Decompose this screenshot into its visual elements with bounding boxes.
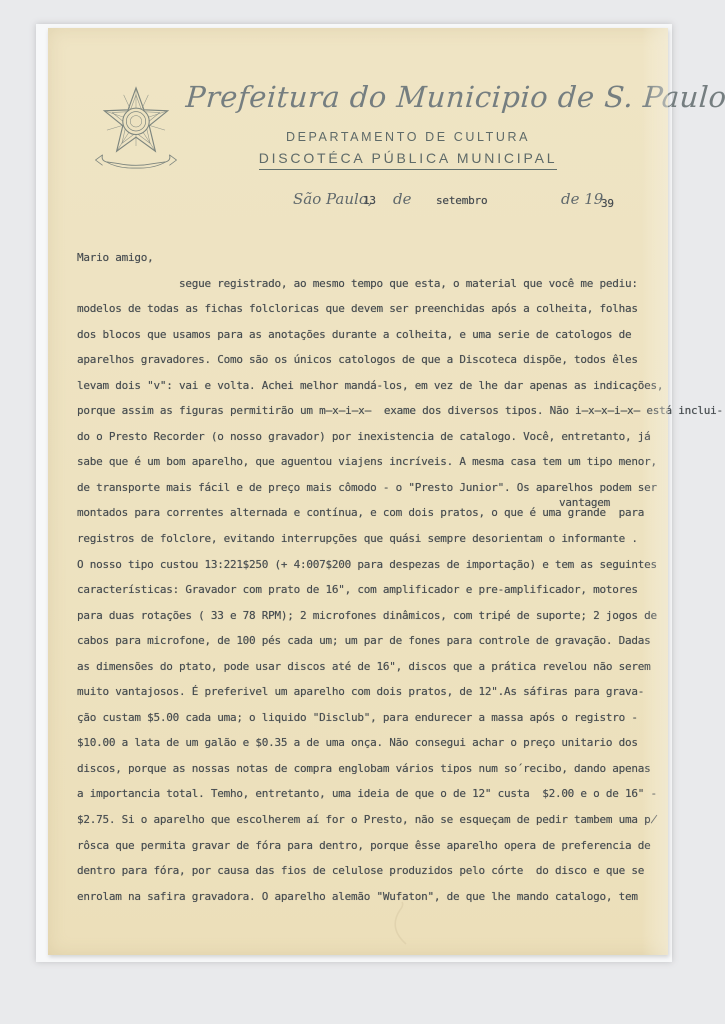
typed-line: segue registrado, ao mesmo tempo que est… bbox=[77, 271, 662, 297]
dateline: São Paulo, 13 de setembro de 19 39 bbox=[48, 188, 668, 218]
typed-line: a importancia total. Temho, entretanto, … bbox=[77, 781, 662, 807]
typed-line: discos, porque as nossas notas de compra… bbox=[77, 756, 662, 782]
typed-line: enrolam na safira gravadora. O aparelho … bbox=[77, 884, 662, 910]
dateline-month: setembro bbox=[436, 194, 487, 207]
typed-line: $10.00 a lata de um galão e $0.35 a de u… bbox=[77, 730, 662, 756]
typed-line: aparelhos gravadores. Como são os únicos… bbox=[77, 347, 662, 373]
typed-line: dentro para fóra, por causa das fios de … bbox=[77, 858, 662, 884]
typed-line: registros de folclore, evitando interrup… bbox=[77, 526, 662, 552]
letter-page: Prefeitura do Municipio de S. Paulo DEPA… bbox=[48, 28, 668, 955]
typed-line: características: Gravador com prato de 1… bbox=[77, 577, 662, 603]
coat-of-arms-emblem bbox=[92, 84, 180, 178]
typed-line: as dimensões do ptato, pode usar discos … bbox=[77, 654, 662, 680]
dateline-day: 13 bbox=[363, 194, 376, 207]
letterhead-organization-wrap: DISCOTÉCA PÚBLICA MUNICIPAL bbox=[188, 148, 628, 170]
typed-line: do o Presto Recorder (o nosso gravador) … bbox=[77, 424, 662, 450]
letterhead-organization: DISCOTÉCA PÚBLICA MUNICIPAL bbox=[259, 150, 558, 170]
dateline-de: de bbox=[393, 190, 411, 208]
typed-line: modelos de todas as fichas folcloricas q… bbox=[77, 296, 662, 322]
letterhead-department: DEPARTAMENTO DE CULTURA bbox=[188, 130, 628, 144]
dateline-de-year: de 19 bbox=[561, 190, 603, 208]
scan-background: Prefeitura do Municipio de S. Paulo DEPA… bbox=[0, 0, 725, 1024]
pencil-mark bbox=[378, 900, 418, 946]
interline-insertion: vantagem bbox=[559, 496, 610, 509]
dateline-place: São Paulo, bbox=[293, 190, 373, 208]
typed-line: cabos para microfone, de 100 pés cada um… bbox=[77, 628, 662, 654]
typed-line: muito vantajosos. É preferivel um aparel… bbox=[77, 679, 662, 705]
typed-line: para duas rotações ( 33 e 78 RPM); 2 mic… bbox=[77, 603, 662, 629]
letter-body: Mario amigo, segue registrado, ao mesmo … bbox=[77, 245, 662, 909]
dateline-year: 39 bbox=[601, 197, 614, 210]
typed-line: $2.75. Si o aparelho que escolherem aí f… bbox=[77, 807, 662, 833]
typed-line: ção custam $5.00 cada uma; o liquido "Di… bbox=[77, 705, 662, 731]
typed-line: levam dois "v": vai e volta. Achei melho… bbox=[77, 373, 662, 399]
typed-line: porque assim as figuras permitirão um m̶… bbox=[77, 398, 662, 424]
letterhead-script-title: Prefeitura do Municipio de S. Paulo bbox=[185, 80, 663, 114]
typed-line: Mario amigo, bbox=[77, 245, 662, 271]
typed-line: sabe que é um bom aparelho, que aguentou… bbox=[77, 449, 662, 475]
typed-line: O nosso tipo custou 13:221$250 (+ 4:007$… bbox=[77, 552, 662, 578]
typed-line: rôsca que permita gravar de fóra para de… bbox=[77, 833, 662, 859]
typed-line: dos blocos que usamos para as anotações … bbox=[77, 322, 662, 348]
